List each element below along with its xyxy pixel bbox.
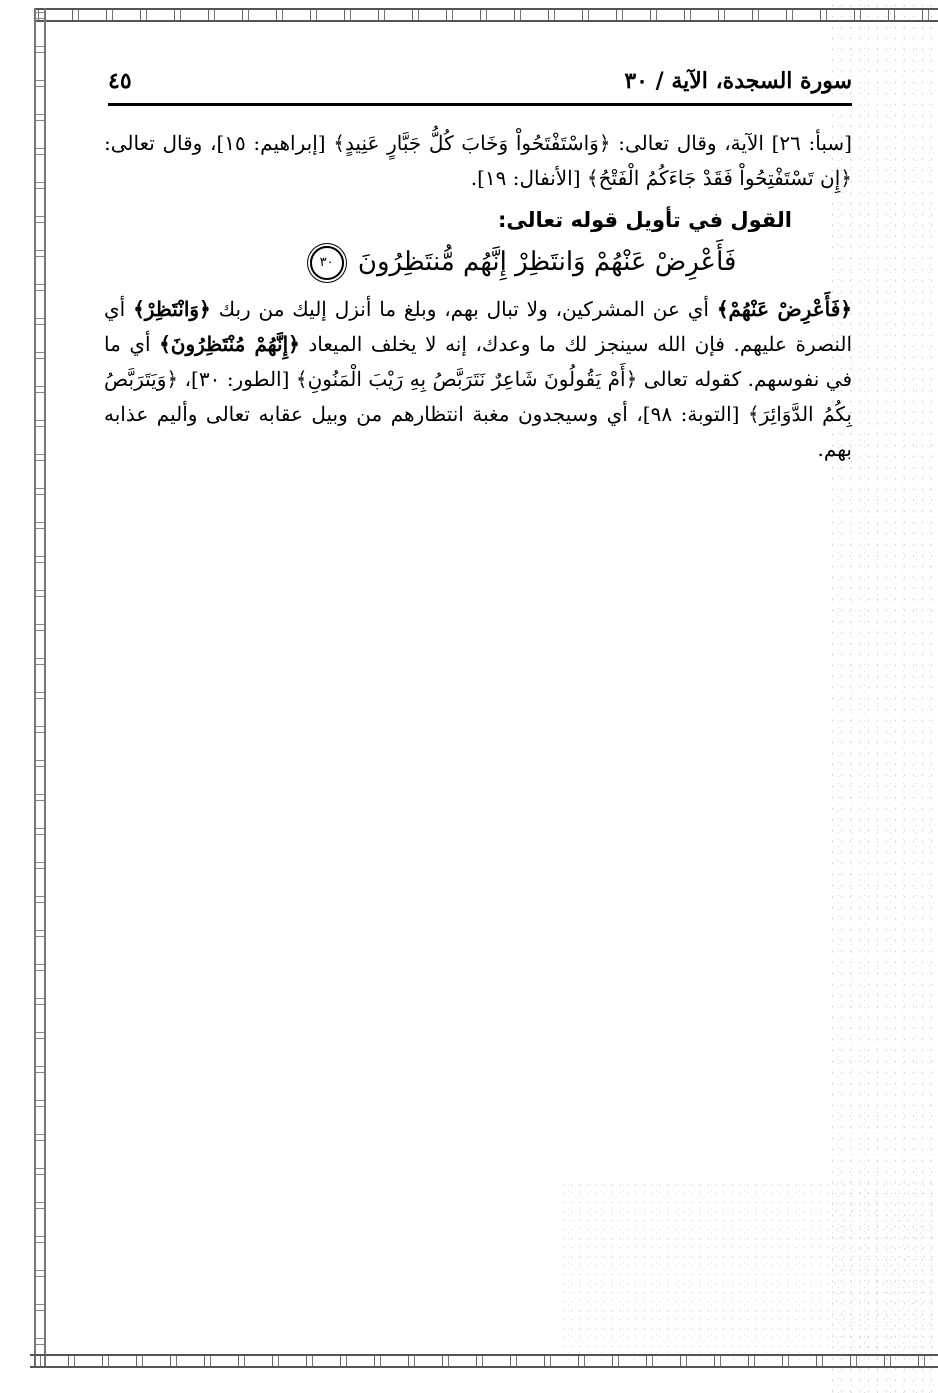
commentary: ﴿فَأَعْرِضْ عَنْهُمْ﴾ أي عن المشركين، ول… bbox=[104, 292, 852, 467]
quoted-phrase: ﴿وَانْتَظِرْ﴾ bbox=[133, 297, 211, 321]
quran-verse: فَأَعْرِضْ عَنْهُمْ وَانتَظِرْ إِنَّهُم … bbox=[104, 240, 852, 284]
intro-paragraph: [سبأ: ٢٦] الآية، وقال تعالى: ﴿وَاسْتَفْت… bbox=[104, 126, 852, 196]
scan-noise-bottom bbox=[560, 1180, 938, 1360]
quoted-phrase: ﴿فَأَعْرِضْ عَنْهُمْ﴾ bbox=[717, 297, 852, 321]
commentary-text: أي عن المشركين، ولا تبال بهم، وبلغ ما أن… bbox=[211, 297, 717, 321]
section-heading: القول في تأويل قوله تعالى: bbox=[104, 202, 852, 238]
decorative-chain-border-top bbox=[34, 8, 938, 22]
decorative-chain-border-bottom bbox=[30, 1354, 938, 1368]
header-rule bbox=[108, 103, 852, 106]
page-body: [سبأ: ٢٦] الآية، وقال تعالى: ﴿وَاسْتَفْت… bbox=[104, 126, 852, 467]
running-title: سورة السجدة، الآية / ٣٠ bbox=[624, 66, 852, 96]
quoted-phrase: ﴿إِنَّهُمْ مُنْتَظِرُونَ﴾ bbox=[159, 332, 300, 356]
commentary-paragraph: ﴿فَأَعْرِضْ عَنْهُمْ﴾ أي عن المشركين، ول… bbox=[104, 292, 852, 467]
decorative-chain-border-left bbox=[34, 8, 46, 1368]
verse-text: فَأَعْرِضْ عَنْهُمْ وَانتَظِرْ إِنَّهُم … bbox=[358, 247, 737, 277]
page-number: ٤٥ bbox=[108, 66, 132, 96]
ayah-number-marker-icon: ٣٠ bbox=[310, 246, 344, 280]
page-header: سورة السجدة، الآية / ٣٠ ٤٥ bbox=[108, 66, 852, 98]
